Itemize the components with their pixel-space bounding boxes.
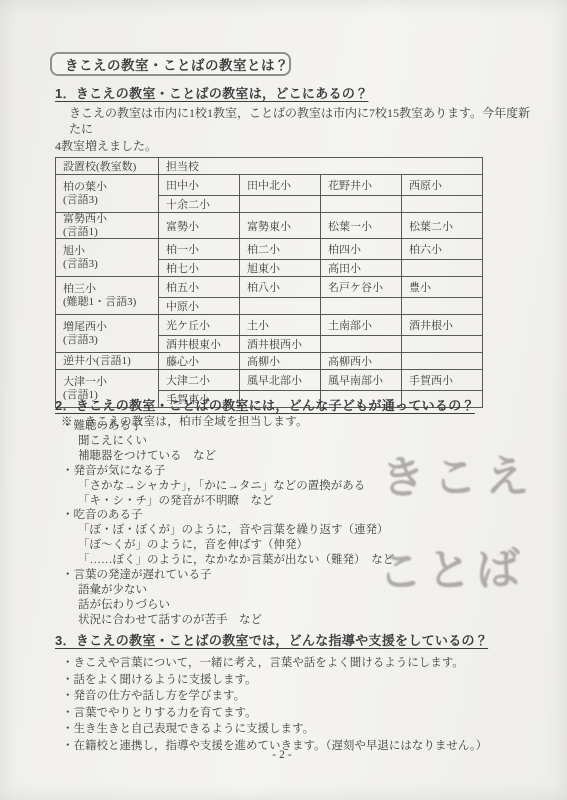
setup-school-cell: 旭小(言語3): [56, 239, 159, 277]
section-1-intro-line-2: 4教室増えました。: [55, 138, 535, 154]
charge-school-cell: 西原小: [402, 175, 483, 196]
bullet-item-title: ・難聴のある子: [62, 419, 535, 434]
table-header-charge-school: 担当校: [159, 158, 483, 175]
setup-school-cell: 柏の葉小(言語3): [56, 175, 159, 213]
charge-school-cell: 風早北部小: [240, 370, 321, 391]
charge-school-cell: 酒井根西小: [240, 336, 321, 353]
charge-school-cell: 柏八小: [240, 277, 321, 298]
charge-school-cell: 柏七小: [159, 260, 240, 277]
bullet-sub-line: 状況に合わせて話すのが苦手 など: [78, 613, 535, 628]
section-3-heading: 3．きこえの教室・ことばの教室では，どんな指導や支援をしているの？: [55, 633, 535, 648]
charge-school-cell: 名戸ケ谷小: [321, 277, 402, 298]
charge-school-cell: 柏四小: [321, 239, 402, 260]
charge-school-cell: [402, 353, 483, 370]
charge-school-cell: 手賀西小: [402, 370, 483, 391]
charge-school-cell: [321, 298, 402, 315]
table-row: 増尾西小(言語3)光ケ丘小土小土南部小酒井根小: [56, 315, 483, 336]
section-1: 1．きこえの教室・ことばの教室は，どこにあるの？ きこえの教室は市内に1校1教室…: [55, 86, 535, 429]
bullet-item-title: ・吃音のある子: [62, 508, 535, 523]
section3-list: ・きこえや言葉について，一緒に考え，言葉や話をよく聞けるようにします。・話をよく…: [55, 655, 535, 755]
charge-school-cell: 豊小: [402, 277, 483, 298]
charge-school-cell: 大津二小: [159, 370, 240, 391]
charge-school-cell: 田中北小: [240, 175, 321, 196]
charge-school-cell: 旭東小: [240, 260, 321, 277]
charge-school-cell: 柏五小: [159, 277, 240, 298]
charge-school-cell: 中原小: [159, 298, 240, 315]
table-row: 柏三小(難聴1・言語3)柏五小柏八小名戸ケ谷小豊小: [56, 277, 483, 298]
charge-school-cell: 松葉二小: [402, 213, 483, 239]
support-item: ・きこえや言葉について，一緒に考え，言葉や話をよく聞けるようにします。: [62, 655, 535, 672]
charge-school-cell: [402, 196, 483, 213]
document-title-box: きこえの教室・ことばの教室とは？: [50, 52, 291, 76]
bullet-sub-line: 話が伝わりづらい: [78, 598, 535, 613]
table-header-row: 設置校(教室数) 担当校: [56, 158, 483, 175]
setup-school-cell: 富勢西小(言語1): [56, 213, 159, 239]
charge-school-cell: [240, 196, 321, 213]
charge-school-cell: 松葉一小: [321, 213, 402, 239]
charge-school-cell: [240, 298, 321, 315]
charge-school-cell: 柏一小: [159, 239, 240, 260]
section-2-heading: 2．きこえの教室・ことばの教室には，どんな子どもが通っているの？: [55, 398, 535, 413]
charge-school-cell: [321, 336, 402, 353]
charge-school-cell: 柏六小: [402, 239, 483, 260]
charge-school-cell: [402, 336, 483, 353]
kotoba-watermark-stamp: ことば: [377, 533, 525, 600]
table-row: 富勢西小(言語1)富勢小富勢東小松葉一小松葉二小: [56, 213, 483, 239]
support-item: ・言葉でやりとりする力を育てます。: [62, 705, 535, 722]
document-title: きこえの教室・ことばの教室とは？: [65, 54, 289, 74]
charge-school-cell: 富勢東小: [240, 213, 321, 239]
charge-school-cell: 柏二小: [240, 239, 321, 260]
charge-school-cell: 高柳小: [240, 353, 321, 370]
charge-school-cell: 田中小: [159, 175, 240, 196]
setup-school-cell: 逆井小(言語1): [56, 353, 159, 370]
section-1-heading: 1．きこえの教室・ことばの教室は，どこにあるの？: [55, 86, 535, 101]
kikoe-watermark-stamp: きこえ: [381, 440, 538, 505]
charge-school-cell: 土南部小: [321, 315, 402, 336]
charge-school-cell: [402, 260, 483, 277]
table-row: 逆井小(言語1)藤心小高柳小高柳西小: [56, 353, 483, 370]
setup-school-cell: 柏三小(難聴1・言語3): [56, 277, 159, 315]
section-1-intro-line-1: きこえの教室は市内に1校1教室，ことばの教室は市内に7校15教室あります。今年度…: [69, 105, 535, 137]
setup-school-cell: 増尾西小(言語3): [56, 315, 159, 353]
support-item: ・話をよく聞けるように支援します。: [62, 672, 535, 689]
charge-school-cell: 光ケ丘小: [159, 315, 240, 336]
charge-school-cell: 藤心小: [159, 353, 240, 370]
table-row: 旭小(言語3)柏一小柏二小柏四小柏六小: [56, 239, 483, 260]
page-number: -2-: [0, 749, 567, 761]
classroom-assignment-table: 設置校(教室数) 担当校 柏の葉小(言語3)田中小田中北小花野井小西原小十余二小…: [55, 157, 483, 408]
charge-school-cell: 土小: [240, 315, 321, 336]
charge-school-cell: 酒井根東小: [159, 336, 240, 353]
charge-school-cell: 風早南部小: [321, 370, 402, 391]
charge-school-cell: [321, 196, 402, 213]
charge-school-cell: 富勢小: [159, 213, 240, 239]
support-item: ・発音の仕方や話し方を学びます。: [62, 688, 535, 705]
scanned-document-page: きこえの教室・ことばの教室とは？ 1．きこえの教室・ことばの教室は，どこにあるの…: [0, 0, 567, 800]
charge-school-cell: 花野井小: [321, 175, 402, 196]
school-table-body: 設置校(教室数) 担当校 柏の葉小(言語3)田中小田中北小花野井小西原小十余二小…: [56, 158, 483, 408]
table-row: 柏の葉小(言語3)田中小田中北小花野井小西原小: [56, 175, 483, 196]
table-row: 大津一小(言語1)大津二小風早北部小風早南部小手賀西小: [56, 370, 483, 391]
charge-school-cell: 高柳西小: [321, 353, 402, 370]
support-item: ・生き生きと自己表現できるように支援します。: [62, 721, 535, 738]
section-3: 3．きこえの教室・ことばの教室では，どんな指導や支援をしているの？ ・きこえや言…: [55, 633, 535, 755]
charge-school-cell: [402, 298, 483, 315]
charge-school-cell: 酒井根小: [402, 315, 483, 336]
table-header-setup-school: 設置校(教室数): [56, 158, 159, 175]
charge-school-cell: 高田小: [321, 260, 402, 277]
charge-school-cell: 十余二小: [159, 196, 240, 213]
